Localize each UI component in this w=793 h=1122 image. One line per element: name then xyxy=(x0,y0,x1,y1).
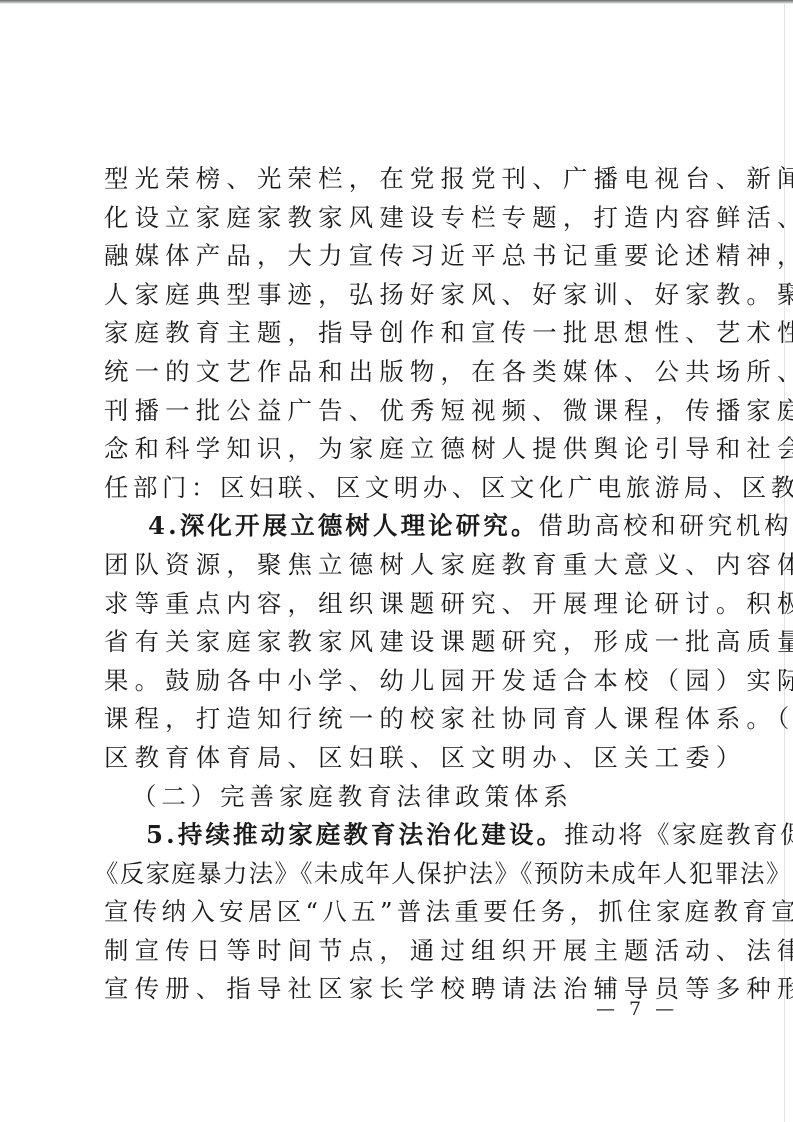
text-line: 制宣传日等时间节点，通过组织开展主题活动、法律咨询、发放 xyxy=(104,932,670,971)
text-line: 刊播一批公益广告、优秀短视频、微课程，传播家庭教育正确理 xyxy=(104,392,670,431)
paragraph-item-4: 4.深化开展立德树人理论研究。借助高校和研究机构的专家 团队资源，聚焦立德树人家… xyxy=(104,507,670,777)
item-4-text: 借助高校和研究机构的专家 xyxy=(539,511,793,540)
text-line: 化设立家庭家教家风建设专栏专题，打造内容鲜活、形式新颖的 xyxy=(104,199,670,238)
text-line: 宣传纳入安居区“八五”普法重要任务，抓住家庭教育宣传周、法 xyxy=(104,893,670,932)
paragraph-item-5: 5.持续推动家庭教育法治化建设。推动将《家庭教育促进法》 《反家庭暴力法》《未成… xyxy=(104,816,670,1009)
paragraph-publicity: 型光荣榜、光荣栏，在党报党刊、广播电视台、新闻网站等常态 化设立家庭家教家风建设… xyxy=(104,160,670,507)
text-line: 省有关家庭家教家风建设课题研究，形成一批高质量的研究成 xyxy=(104,623,670,662)
text-line: 融媒体产品，大力宣传习近平总书记重要论述精神，宣传立德树 xyxy=(104,237,670,276)
section-heading: （二）完善家庭教育法律政策体系 xyxy=(104,778,670,817)
text-line: 5.持续推动家庭教育法治化建设。推动将《家庭教育促进法》 xyxy=(104,816,670,855)
text-line: 宣传册、指导社区家长学校聘请法治辅导员等多种形式，做好法 xyxy=(104,970,670,1009)
text-line: 型光荣榜、光荣栏，在党报党刊、广播电视台、新闻网站等常态 xyxy=(104,160,670,199)
text-line: 《反家庭暴力法》《未成年人保护法》《预防未成年人犯罪法》 xyxy=(94,855,670,894)
text-line: 统一的文艺作品和出版物，在各类媒体、公共场所、楼宇电视等 xyxy=(104,353,670,392)
document-body: 型光荣榜、光荣栏，在党报党刊、广播电视台、新闻网站等常态 化设立家庭家教家风建设… xyxy=(104,160,670,1009)
text-line: 4.深化开展立德树人理论研究。借助高校和研究机构的专家 xyxy=(104,507,670,546)
scan-edge-top xyxy=(0,0,793,4)
page-number: — 7 — xyxy=(596,998,678,1020)
text-line: 任部门：区妇联、区文明办、区文化广电旅游局、区教育体育局） xyxy=(104,469,670,508)
item-4-heading: 4.深化开展立德树人理论研究。 xyxy=(148,511,539,540)
text-line: 团队资源，聚焦立德树人家庭教育重大意义、内容体系、实践要 xyxy=(104,546,670,585)
text-line: 家庭教育主题，指导创作和宣传一批思想性、艺术性、观赏性相 xyxy=(104,314,670,353)
text-line: 求等重点内容，组织课题研究、开展理论研讨。积极参与国家、 xyxy=(104,585,670,624)
text-line: 果。鼓励各中小学、幼儿园开发适合本校（园）实际的家长学校 xyxy=(104,662,670,701)
text-line: 念和科学知识，为家庭立德树人提供舆论引导和社会支持。（责 xyxy=(104,430,670,469)
text-line: 人家庭典型事迹，弘扬好家风、好家训、好家教。聚焦立德树人 xyxy=(104,276,670,315)
text-line: 课程，打造知行统一的校家社协同育人课程体系。（责任部门： xyxy=(104,700,670,739)
item-5-heading: 5.持续推动家庭教育法治化建设。 xyxy=(146,820,564,849)
text-line: 区教育体育局、区妇联、区文明办、区关工委） xyxy=(104,739,670,778)
item-5-text: 推动将《家庭教育促进法》 xyxy=(564,820,793,849)
